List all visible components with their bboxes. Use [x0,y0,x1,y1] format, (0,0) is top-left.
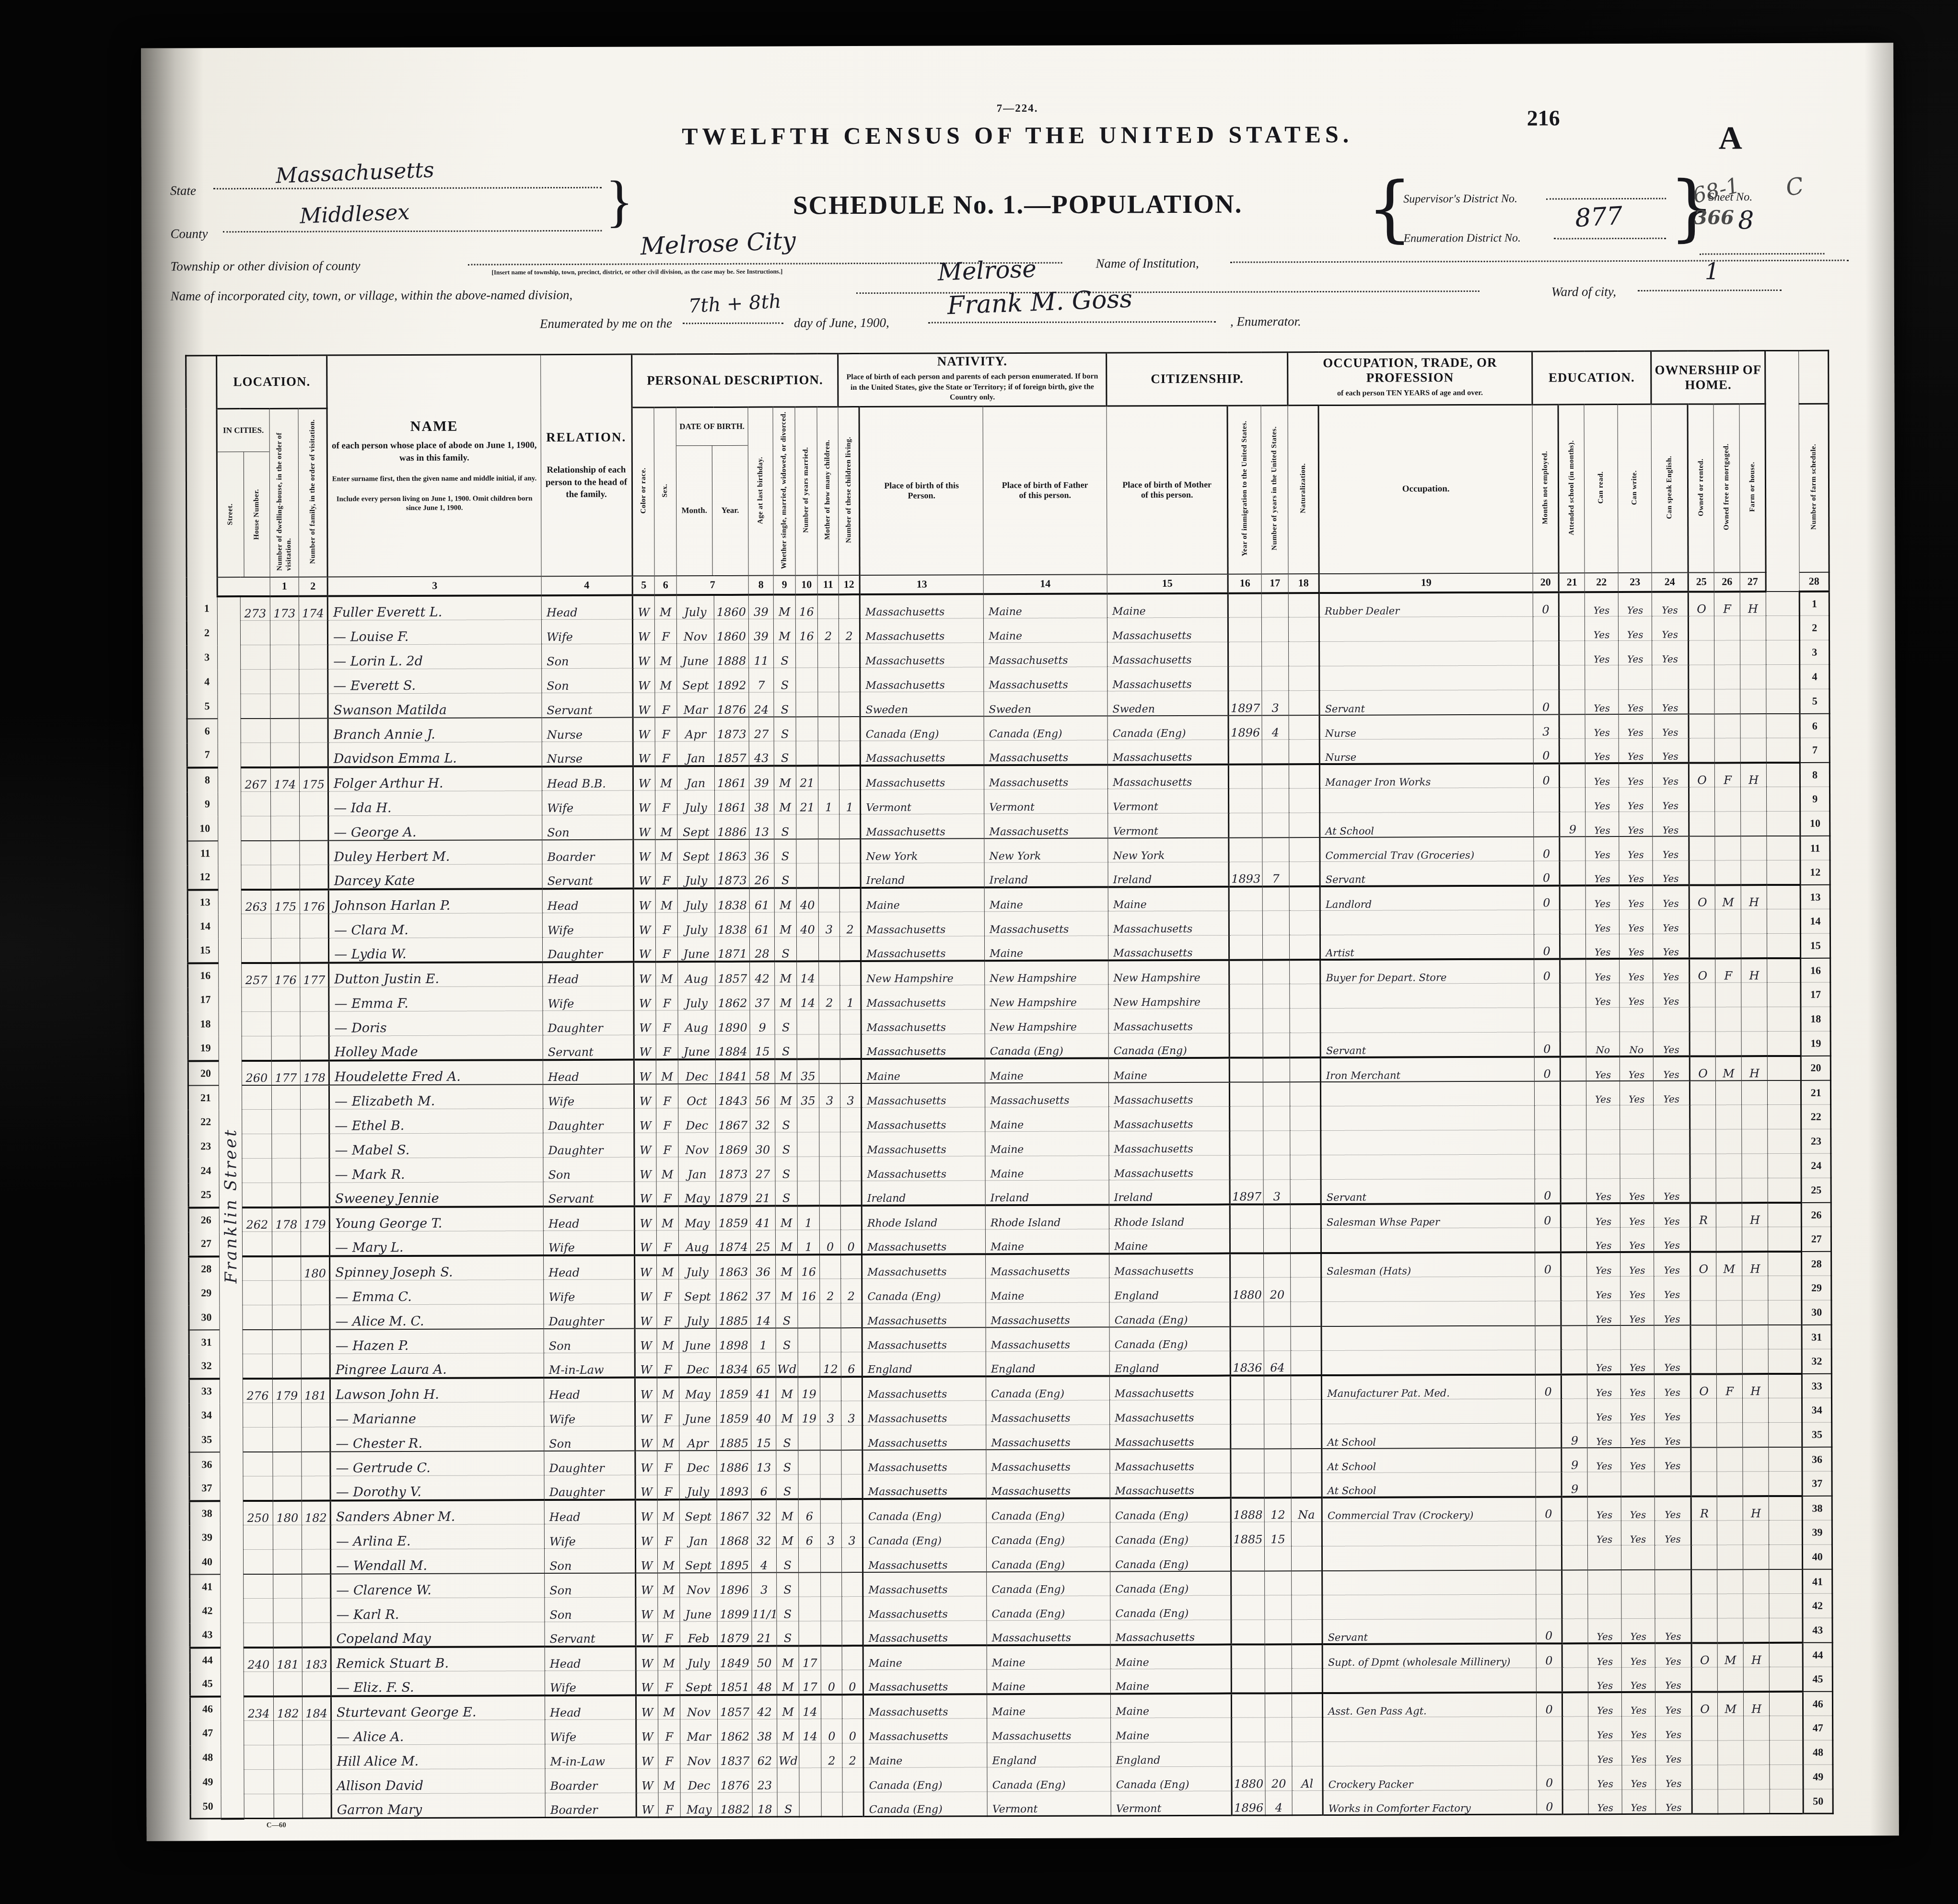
cell-color: W [633,888,655,913]
cell-years-in-us: 3 [1262,691,1289,715]
cell-marital-status: S [774,643,796,668]
row-number-right: 34 [1802,1398,1832,1422]
cell-children-living [839,839,861,863]
pob-mother-header: Place of birth of Mother of this person. [1107,406,1228,574]
cell-name: — Emma C. [330,1280,544,1305]
cell-birthplace-father: Maine [985,1058,1108,1083]
cell-color: W [636,1573,658,1597]
occupation-col-header: Occupation. [1318,405,1533,574]
cell-family-number [301,1134,329,1158]
cell-occupation: Iron Merchant [1320,1056,1534,1081]
cell-color: W [633,766,655,790]
enumerator-label: , Enumerator. [1230,314,1301,329]
cell-can-read: No [1586,1032,1620,1056]
footer-code: C—60 [267,1822,286,1830]
row-number-left: 10 [187,816,218,841]
cell-children-living [842,1597,863,1621]
cell-birthplace-father: Canada (Eng) [987,1571,1110,1596]
cell-family-number [302,1451,330,1476]
cell-relation: Wife [543,986,634,1011]
cell-dwelling-number [273,1672,302,1696]
cell-birthplace-father: Massachusetts [984,667,1107,692]
cell-farm-schedule-number [1769,1569,1803,1594]
cell-mother-of-children [818,839,839,863]
cell-birthplace-father: Maine [985,1229,1109,1254]
cell-dwelling-number [272,1158,301,1183]
cell-months-not-employed [1535,1325,1561,1350]
cell-birthplace-mother: New Hampshire [1108,984,1229,1009]
cell-can-write [1620,1325,1654,1350]
cell-relation: Head [545,1646,636,1671]
cell-dwelling-number [270,719,299,743]
cell-birth-month: May [680,1793,718,1817]
cell-dwelling-number [272,1305,301,1329]
cell-can-write: Yes [1619,836,1653,861]
cell-immigration-year [1229,789,1262,813]
row-number-right: 38 [1802,1496,1832,1520]
cell-dwelling-number [271,939,300,963]
cell-birth-year: 1885 [717,1426,751,1451]
cell-farm-schedule-number [1766,665,1800,689]
cell-age: 9 [750,1010,775,1034]
cell-birth-year: 1882 [718,1793,752,1817]
cell-months-not-employed: 0 [1537,1790,1562,1814]
cell-sex: M [654,595,676,619]
cell-family-number [302,1598,331,1623]
cell-occupation: Salesman Whse Paper [1321,1203,1535,1228]
cell-birth-month: May [678,1206,716,1231]
cell-occupation: Manager Iron Works [1319,763,1533,788]
cell-relation: Son [545,1597,636,1622]
cell-farm-or-house [1743,1569,1769,1594]
cell-farm-schedule-number [1767,812,1800,836]
cell-house-number [240,621,270,645]
cell-birthplace: Massachusetts [863,1718,987,1743]
cell-mother-of-children [819,961,840,986]
relation-column-header: RELATION. Relationship of each person to… [541,354,632,576]
cell-free-or-mortgaged [1716,1129,1742,1154]
cell-family-number [300,865,328,889]
cell-marital-status: M [776,1523,798,1548]
cell-birth-year: 1859 [717,1402,751,1426]
cell-birthplace: Massachusetts [863,1596,987,1621]
cell-birth-year: 1867 [716,1108,750,1133]
cell-can-read: Yes [1585,910,1619,934]
cell-years-in-us [1263,960,1290,984]
cell-can-speak-english: Yes [1652,592,1688,616]
cell-owned-or-rented [1690,983,1715,1007]
cell-can-read: Yes [1586,934,1620,959]
cell-years-in-us [1265,1595,1292,1620]
cell-immigration-year [1231,1400,1264,1424]
cell-can-read: Yes [1587,1301,1620,1325]
cell-birthplace: Massachusetts [861,936,985,961]
cell-can-read: Yes [1585,641,1619,665]
cell-months-not-employed [1536,1545,1562,1570]
cell-relation: Boarder [545,1793,636,1818]
cell-family-number: 178 [300,1060,329,1085]
cell-children-living [841,1377,862,1401]
cell-sex: M [658,1548,680,1573]
cell-farm-schedule-number [1767,763,1800,787]
cell-children-living [841,1474,862,1499]
row-number-left: 3 [187,645,218,670]
cell-months-not-employed: 0 [1534,836,1560,861]
cell-name: — Mabel S. [329,1133,543,1158]
row-number-right: 35 [1802,1422,1832,1447]
cell-age: 21 [752,1621,777,1646]
cell-children-living [842,1695,863,1719]
cell-relation: Head [541,595,632,620]
cell-birth-year: 1893 [717,1475,751,1499]
cell-birth-year: 1857 [714,742,749,766]
cell-birthplace: Massachusetts [862,1303,986,1328]
cell-can-speak-english: Yes [1654,1349,1690,1374]
cell-children-living [841,1499,862,1523]
row-number-right: 3 [1800,640,1830,664]
cell-house-number [243,1550,273,1574]
cell-can-write: Yes [1619,641,1652,665]
cell-can-write: Yes [1619,714,1652,739]
cell-birthplace-father: Massachusetts [985,1082,1109,1107]
township-note: [Insert name of township, town, precinct… [492,268,783,277]
cell-years-in-us [1264,1400,1291,1424]
cell-attended-school [1561,1081,1586,1105]
cell-age: 61 [749,912,774,937]
row-number-left: 11 [187,841,218,865]
row-number-right: 13 [1800,884,1830,909]
cell-owned-or-rented: O [1690,958,1715,983]
cell-years-in-us: 4 [1265,1791,1292,1815]
cell-attended-school [1562,1619,1588,1643]
cell-birthplace-father: Canada (Eng) [986,1498,1110,1523]
cell-birthplace-father: Rhode Island [985,1205,1109,1230]
cell-can-write: Yes [1620,1350,1654,1374]
cell-sex: M [658,1597,680,1622]
cell-birthplace: Canada (Eng) [862,1523,986,1548]
cell-can-read: Yes [1587,1374,1620,1399]
cell-color: W [635,1451,657,1475]
cell-sex: F [657,1524,679,1548]
cell-dwelling-number [274,1769,303,1794]
cell-farm-or-house [1743,1423,1769,1447]
cell-house-number [243,1476,273,1501]
cell-owned-or-rented [1691,1569,1717,1594]
cell-age: 39 [749,766,774,790]
cell-farm-schedule-number [1769,1594,1803,1618]
cell-occupation [1322,1399,1536,1424]
cell-naturalization [1291,1302,1321,1326]
cell-name: — Eliz. F. S. [331,1671,545,1696]
cell-farm-schedule-number [1767,860,1800,885]
cell-free-or-mortgaged [1714,616,1740,640]
cell-occupation [1321,1130,1535,1155]
cell-can-speak-english: Yes [1653,983,1690,1007]
cell-free-or-mortgaged [1716,1349,1742,1374]
cell-age: 37 [750,986,775,1010]
cell-birth-year: 1871 [715,937,749,962]
cell-birthplace-father: Ireland [984,862,1108,887]
cell-can-speak-english: Yes [1653,860,1689,885]
cell-occupation: Nurse [1319,739,1533,764]
cell-can-write [1621,1570,1655,1594]
cell-birthplace: Massachusetts [860,594,983,619]
cell-house-number [243,1305,272,1330]
cell-birthplace: Massachusetts [863,1572,987,1597]
cell-occupation [1321,1277,1535,1301]
cell-relation: Daughter [544,1304,635,1329]
cell-marital-status: M [774,912,796,937]
cell-free-or-mortgaged [1716,1300,1742,1325]
cell-birthplace-father: Maine [987,1645,1110,1670]
cell-birthplace-father: Massachusetts [986,1449,1110,1474]
cell-marital-status: M [775,1206,797,1230]
cell-relation: Servant [543,1182,634,1207]
cell-mother-of-children [819,1108,840,1132]
cell-immigration-year [1229,935,1263,960]
cell-occupation: Landlord [1320,885,1534,910]
cell-birthplace-father: New Hampshire [985,1009,1108,1034]
cell-color: W [632,595,654,619]
cell-years-in-us: 7 [1262,862,1289,886]
row-number-right: 7 [1800,738,1830,762]
cell-immigration-year [1229,960,1263,984]
cell-mother-of-children: 12 [820,1352,841,1377]
cell-farm-schedule-number [1769,1643,1803,1667]
cell-farm-schedule-number [1768,1227,1802,1252]
cell-birthplace: Canada (Eng) [860,716,984,741]
cell-sex: F [656,1133,678,1157]
cell-name: Branch Annie J. [328,718,542,743]
cell-farm-schedule-number [1767,1032,1801,1056]
cell-months-not-employed [1535,1154,1561,1179]
cell-naturalization [1289,764,1319,789]
cell-marital-status: S [774,839,796,863]
row-number-left: 34 [189,1403,220,1428]
cell-farm-schedule-number [1768,1252,1802,1276]
cell-farm-schedule-number [1767,958,1801,983]
cell-farm-schedule-number [1769,1521,1802,1545]
cell-naturalization [1290,1057,1320,1082]
cell-farm-or-house [1742,1300,1768,1325]
cell-relation: Boarder [542,839,633,864]
cell-immigration-year [1230,1229,1264,1253]
cell-marital-status: S [775,1132,797,1157]
cell-attended-school: 9 [1562,1423,1587,1448]
cell-years-married [797,1157,819,1181]
cell-sex: F [657,1475,679,1499]
cell-can-read [1586,1130,1620,1154]
cell-can-write: Yes [1621,1521,1655,1545]
cell-dwelling-number [272,1329,301,1354]
cell-free-or-mortgaged [1716,1203,1742,1227]
cell-house-number: 250 [243,1501,273,1525]
cell-mother-of-children: 1 [818,790,839,814]
months-unemployed-header: Months not employed. [1532,405,1559,573]
cell-immigration-year [1228,666,1262,691]
cell-birthplace: Massachusetts [862,1156,985,1181]
cell-months-not-employed [1535,1228,1561,1252]
cell-children-living [842,1792,863,1817]
cell-free-or-mortgaged [1716,1325,1742,1349]
cell-naturalization [1291,1400,1322,1424]
cell-can-speak-english: Yes [1655,1741,1692,1765]
cell-age: 13 [751,1450,776,1474]
cell-children-living [840,1034,861,1059]
cell-birthplace-father: Massachusetts [986,1327,1109,1352]
cell-can-speak-english: Yes [1653,812,1689,836]
cell-can-write: Yes [1620,1252,1654,1277]
education-group: EDUCATION. [1532,351,1651,405]
cell-color: W [636,1719,658,1744]
cell-relation: Wife [545,1719,636,1744]
cell-free-or-mortgaged [1717,1423,1743,1447]
cell-free-or-mortgaged [1717,1472,1743,1496]
cell-occupation: At School [1322,1448,1536,1473]
cell-birthplace: Maine [863,1743,987,1768]
cell-name: — Arlina E. [330,1524,544,1549]
cell-can-read: Yes [1586,983,1620,1008]
cell-owned-or-rented [1689,738,1714,763]
cell-free-or-mortgaged: M [1715,885,1741,909]
cell-family-number: 183 [302,1647,331,1672]
cell-name: — Louise F. [327,620,541,645]
cell-name: Hill Alice M. [331,1744,545,1769]
row-number-left: 5 [187,694,218,719]
cell-owned-or-rented [1691,1521,1717,1545]
cell-relation: Son [542,644,633,669]
cell-relation: Head [544,1377,635,1402]
cell-naturalization [1290,1082,1321,1106]
cell-name: — Lydia W. [329,938,543,963]
institution-label: Name of Institution, [1096,256,1199,271]
cell-free-or-mortgaged [1718,1789,1744,1814]
cell-children-living [839,643,860,668]
cell-years-married [799,1572,821,1597]
cell-birth-month: May [678,1182,716,1206]
cell-family-number: 179 [301,1207,329,1231]
cell-dwelling-number [270,743,299,767]
cell-relation: Daughter [544,1475,635,1500]
cell-age: 32 [750,1108,775,1132]
cell-years-married: 16 [795,619,817,643]
cell-family-number [302,1623,331,1647]
cell-occupation [1323,1717,1537,1741]
cell-dwelling-number [273,1403,302,1427]
row-number-right: 40 [1803,1544,1832,1569]
sex-header: Sex. [654,407,676,576]
row-number-right: 5 [1800,689,1830,713]
cell-free-or-mortgaged [1717,1618,1743,1643]
cell-birth-month: Sept [679,1499,717,1524]
cell-attended-school [1561,1130,1586,1154]
cell-family-number [301,1158,329,1183]
cell-naturalization [1290,1155,1321,1180]
cell-dwelling-number: 175 [271,890,300,914]
cell-relation: Wife [542,790,633,815]
cell-birth-month: July [677,913,715,937]
cell-farm-or-house [1744,1765,1770,1789]
cell-name: Sweeney Jennie [329,1182,543,1207]
cell-occupation: Supt. of Dpmt (wholesale Millinery) [1322,1643,1536,1668]
cell-children-living [840,1157,862,1181]
cell-name: Copeland May [331,1622,545,1647]
cell-mother-of-children: 2 [820,1279,841,1303]
cell-birthplace-mother: Maine [1108,886,1229,911]
cell-owned-or-rented [1692,1741,1718,1765]
cell-years-in-us [1265,1742,1292,1766]
cell-relation: Wife [544,1524,635,1549]
cell-can-speak-english [1654,1154,1690,1178]
cell-farm-or-house [1743,1545,1769,1569]
cell-name: — Alice A. [331,1720,545,1745]
cell-naturalization [1290,960,1320,984]
cell-can-speak-english [1655,1594,1691,1618]
county-value: Middlesex [299,200,410,229]
cell-name: Fuller Everett L. [327,595,541,620]
row-number-right: 22 [1801,1104,1831,1129]
row-number-right: 28 [1802,1251,1831,1276]
cell-marital-status: M [776,1499,798,1523]
cell-free-or-mortgaged [1715,1032,1741,1056]
cell-relation: Head [543,1206,634,1231]
cell-dwelling-number [273,1525,302,1549]
cell-years-married: 14 [799,1719,821,1743]
cell-months-not-employed [1535,1081,1561,1105]
ownership-group: OWNERSHIP OF HOME. [1651,351,1765,405]
cell-relation: M-in-Law [545,1744,636,1769]
cell-house-number: 257 [242,963,271,987]
cell-name: Houdelette Fred A. [329,1060,543,1085]
cell-can-read: Yes [1587,1448,1621,1472]
cell-dwelling-number [274,1794,303,1818]
cell-birth-month: July [679,1255,716,1279]
cell-years-married: 17 [799,1670,821,1695]
cell-free-or-mortgaged [1715,812,1741,836]
cell-color: W [635,1426,657,1451]
cell-immigration-year: 1888 [1231,1498,1264,1522]
cell-birth-month: Jan [678,1157,716,1182]
page-title: TWELFTH CENSUS OF THE UNITED STATES. [682,120,1353,150]
cell-can-speak-english: Yes [1655,1692,1692,1716]
cell-dwelling-number [271,816,300,841]
location-group: LOCATION. [217,355,327,409]
year-header: Year. [712,446,748,575]
cell-owned-or-rented: O [1690,1374,1716,1398]
cell-age: 61 [749,888,774,912]
cell-farm-schedule-number [1769,1667,1803,1692]
cell-age: 43 [749,741,774,766]
cell-can-write: Yes [1620,1301,1654,1325]
cell-family-number [300,840,328,865]
cell-family-number [299,743,328,767]
cell-dwelling-number: 180 [273,1500,302,1525]
cell-months-not-employed [1535,1105,1561,1130]
cell-can-speak-english: Yes [1654,1252,1690,1276]
cell-relation: Servant [542,864,633,889]
cell-sex: F [656,1182,678,1206]
cell-birthplace: Massachusetts [862,1132,985,1157]
cell-birth-year: 1857 [717,1695,752,1719]
cell-occupation [1321,1228,1535,1253]
cell-birthplace-father: Massachusetts [984,813,1108,838]
cell-can-read: Yes [1585,763,1619,788]
cell-marital-status: M [774,888,796,912]
cell-occupation: Rubber Dealer [1319,592,1533,617]
cell-owned-or-rented: R [1690,1203,1716,1227]
cell-family-number [301,1231,329,1256]
cell-farm-or-house [1740,665,1766,689]
